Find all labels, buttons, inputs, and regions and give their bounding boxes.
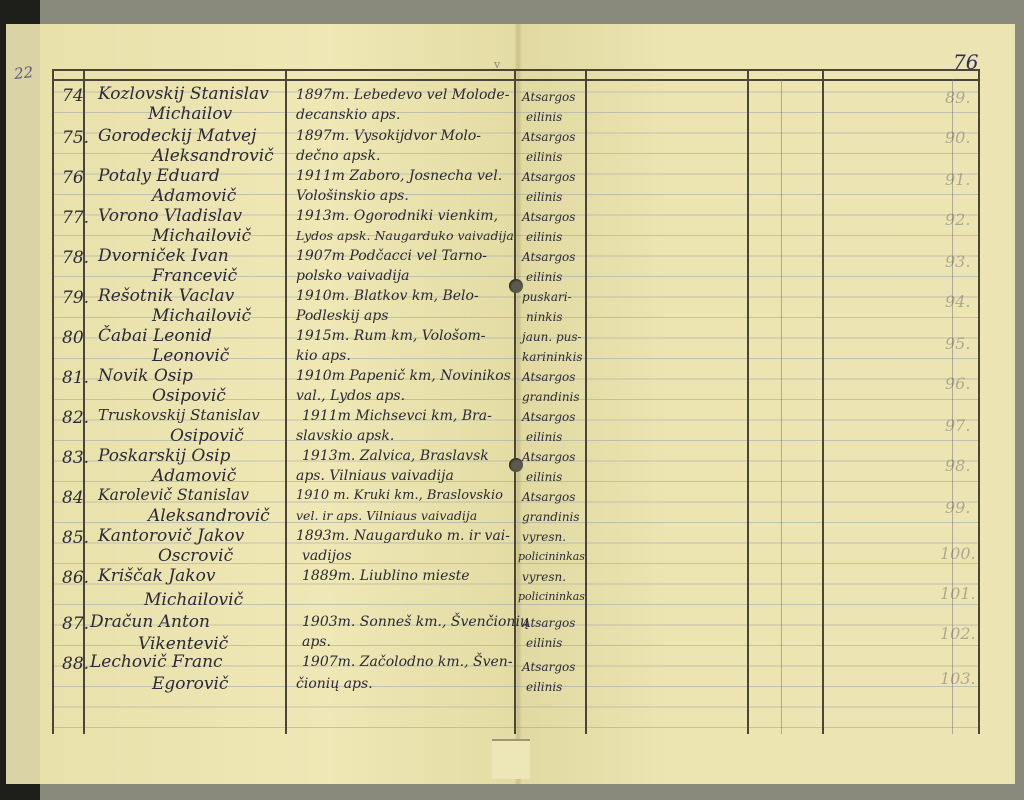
entry-patronymic: Leonovič [152, 346, 229, 366]
bleed-through-number: 100. [940, 544, 976, 563]
entry-birthplace: 1910 m. Kruki km., Braslovskio [296, 488, 503, 503]
paper-tab [492, 739, 530, 779]
entry-birthplace: 1897m. Vysokijdvor Molo- [296, 128, 481, 144]
entry-occupation: Atsargos [522, 660, 575, 674]
entry-occupation-cont: eilinis [526, 430, 562, 444]
entry-number: 76 [62, 168, 84, 188]
entry-birthplace-cont: val., Lydos aps. [296, 388, 405, 404]
entry-occupation: Atsargos [522, 90, 575, 104]
entry-patronymic: Oscrovič [158, 546, 233, 566]
entry-patronymic: Michailov [148, 104, 232, 124]
column-divider [822, 69, 824, 734]
entry-birthplace-cont: vadijos [302, 548, 352, 564]
entry-occupation-cont: policininkas [518, 590, 585, 603]
entry-occupation-cont: eilinis [526, 270, 562, 284]
ledger-book: v 76 74 Kozlovskij Stanislav Michailov 1… [40, 24, 1015, 784]
entry-name: Poskarskij Osip [98, 446, 230, 466]
entry-patronymic: Osipovič [152, 386, 226, 406]
entry-birthplace-cont: vel. ir aps. Vilniaus vaivadija [296, 508, 477, 523]
column-divider [52, 69, 54, 734]
entry-birthplace-cont: aps. Vilniaus vaivadija [296, 468, 454, 484]
entry-patronymic: Francevič [152, 266, 237, 286]
entry-birthplace-cont: decanskio aps. [296, 107, 400, 123]
bleed-through-number: 102. [940, 624, 976, 643]
entry-number: 74 [62, 86, 84, 106]
entry-patronymic: Aleksandrovič [148, 506, 270, 526]
entry-patronymic: Michailovič [144, 590, 243, 610]
entry-birthplace: 1910m. Blatkov km, Belo- [296, 288, 479, 304]
entry-name: Dvorniček Ivan [98, 246, 229, 266]
entry-occupation: Atsargos [522, 616, 575, 630]
bleed-through-number: 93. [945, 252, 970, 271]
entry-birthplace-cont: Vološinskio aps. [296, 188, 409, 204]
entry-birthplace-cont: polsko vaivadija [296, 268, 410, 284]
entry-occupation: Atsargos [522, 210, 575, 224]
entry-occupation-cont: eilinis [526, 470, 562, 484]
bleed-through-number: 91. [945, 170, 970, 189]
column-divider [585, 69, 587, 734]
entry-occupation-cont: eilinis [526, 190, 562, 204]
entry-name: Gorodeckij Matvej [98, 126, 256, 146]
bleed-through-number: 99. [945, 498, 970, 517]
entry-name: Vorono Vladislav [98, 206, 242, 226]
entry-number: 85. [62, 528, 89, 548]
bleed-through-number: 103. [940, 669, 976, 688]
entry-birthplace: 1903m. Sonneš km., Švenčionių [302, 614, 529, 630]
entry-birthplace: 1889m. Liublino miestе [302, 568, 470, 584]
bleed-through-number: 101. [940, 584, 976, 603]
entry-occupation: vyresn. [522, 530, 566, 544]
entry-number: 79. [62, 288, 89, 308]
column-divider [285, 69, 287, 734]
entry-occupation-cont: karininkis [522, 350, 583, 364]
entry-occupation-cont: eilinis [526, 680, 562, 694]
entry-patronymic: Egorovič [152, 674, 228, 694]
entry-occupation-cont: grandinis [522, 390, 580, 404]
entry-name: Karolevič Stanislav [98, 486, 249, 504]
entry-name: Čabai Leonid [98, 326, 212, 346]
entry-occupation-cont: eilinis [526, 150, 562, 164]
entry-occupation: Atsargos [522, 250, 575, 264]
column-divider [747, 69, 749, 734]
entry-birthplace: 1913m. Zalvica, Braslavsk [302, 448, 489, 464]
entry-name: Lechovič Franc [90, 652, 223, 672]
column-divider [781, 79, 782, 734]
entry-patronymic: Vikentevič [138, 634, 228, 654]
entry-name: Rešotnik Vaclav [98, 286, 234, 306]
entry-birthplace-cont: slavskio apsk. [296, 428, 394, 444]
entry-patronymic: Michailovič [152, 306, 251, 326]
entry-occupation-cont: ninkis [526, 310, 563, 324]
entry-occupation-cont: policininkas [518, 550, 585, 563]
entry-occupation: jaun. pus- [522, 330, 582, 344]
entry-occupation: Atsargos [522, 370, 575, 384]
entry-birthplace-cont: aps. [302, 634, 331, 650]
entry-patronymic: Aleksandrovič [152, 146, 274, 166]
entry-name: Truskovskij Stanislav [98, 406, 260, 424]
entry-birthplace-cont: Lydos apsk. Naugarduko vaivadija [296, 228, 514, 243]
entry-birthplace: 1907m Podčacci vel Tarno- [296, 248, 487, 264]
entry-birthplace-cont: Podleskij aps [296, 308, 388, 324]
entry-patronymic: Adamovič [152, 466, 236, 486]
entry-occupation: puskari- [522, 290, 572, 304]
entry-birthplace: 1910m Papenič km, Novinikos [296, 368, 511, 384]
bleed-through-number: 89. [945, 88, 970, 107]
entry-occupation: Atsargos [522, 170, 575, 184]
entry-patronymic: Adamovič [152, 186, 236, 206]
entry-occupation-cont: eilinis [526, 230, 562, 244]
bleed-through-number: 98. [945, 456, 970, 475]
previous-page-number: 22 [13, 63, 34, 83]
entry-number: 82. [62, 408, 89, 428]
column-divider [978, 69, 980, 734]
entry-occupation-cont: eilinis [526, 636, 562, 650]
entry-occupation-cont: grandinis [522, 510, 580, 524]
entry-number: 75. [62, 128, 89, 148]
column-divider [514, 69, 516, 734]
entry-patronymic: Osipovič [170, 426, 244, 446]
binding-hole [509, 458, 523, 472]
entry-occupation-cont: eilinis [526, 110, 562, 124]
entry-number: 84 [62, 488, 84, 508]
bleed-through-number: 97. [945, 416, 970, 435]
bleed-through-number: 95. [945, 334, 970, 353]
binding-hole [509, 279, 523, 293]
entry-number: 83. [62, 448, 89, 468]
bleed-through-number: 92. [945, 210, 970, 229]
bleed-through-number: 94. [945, 292, 970, 311]
entry-occupation: Atsargos [522, 130, 575, 144]
entry-number: 81. [62, 368, 89, 388]
entry-name: Kozlovskij Stanislav [98, 84, 269, 104]
entry-birthplace: 1893m. Naugarduko m. ir vai- [296, 528, 510, 544]
entry-birthplace: 1911m Zaboro, Josnecha vel. [296, 168, 502, 184]
entry-birthplace: 1911m Michsevci km, Bra- [302, 408, 492, 424]
previous-page-edge: 22 [6, 24, 42, 784]
entry-name: Novik Osip [98, 366, 193, 386]
entry-patronymic: Michailovič [152, 226, 251, 246]
entry-occupation: Atsargos [522, 410, 575, 424]
bleed-through-number: 90. [945, 128, 970, 147]
entry-number: 88. [62, 654, 89, 674]
entry-occupation: Atsargos [522, 450, 575, 464]
entry-birthplace-cont: kio aps. [296, 348, 351, 364]
entry-birthplace: 1915m. Rum km, Vološom- [296, 328, 486, 344]
entry-birthplace: 1897m. Lebedevo vel Molode- [296, 87, 509, 103]
bleed-through-number: 96. [945, 374, 970, 393]
entry-name: Kantorovič Jakov [98, 526, 244, 546]
entry-occupation: vyresn. [522, 570, 566, 584]
entry-name: Kriščak Jakov [98, 566, 215, 586]
entry-number: 78. [62, 248, 89, 268]
entry-number: 87. [62, 614, 89, 634]
entry-number: 77. [62, 208, 89, 228]
entry-occupation: Atsargos [522, 490, 575, 504]
entry-name: Potaly Eduard [98, 166, 220, 186]
entry-birthplace-cont: čionių aps. [296, 676, 373, 692]
entry-number: 80 [62, 328, 84, 348]
entry-birthplace: 1907m. Začolodno km., Šven- [302, 654, 513, 670]
entry-birthplace: 1913m. Ogorodniki vienkim, [296, 208, 498, 224]
entry-name: Dračun Anton [90, 612, 210, 632]
entry-number: 86. [62, 568, 89, 588]
entry-birthplace-cont: dečno apsk. [296, 148, 380, 164]
